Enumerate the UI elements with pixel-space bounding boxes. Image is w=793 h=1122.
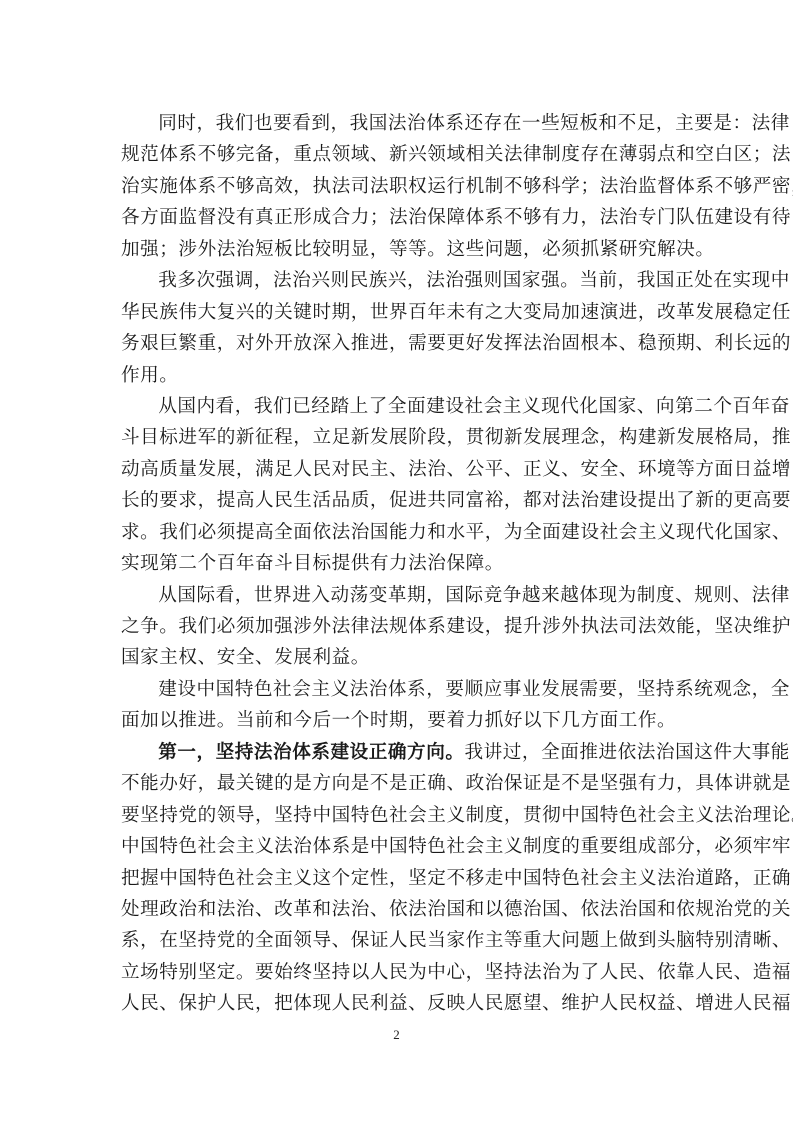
text-line: 立场特别坚定。要始终坚持以人民为中心，坚持法治为了人民、依靠人民、造福 (121, 957, 673, 988)
text-line: 实现第二个百年奋斗目标提供有力法治保障。 (121, 548, 673, 579)
page-number: 2 (0, 1027, 793, 1043)
text-line: 之争。我们必须加强涉外法律法规体系建设，提升涉外执法司法效能，坚决维护 (121, 611, 673, 642)
text-line: 要坚持党的领导，坚持中国特色社会主义制度，贯彻中国特色社会主义法治理论。 (121, 800, 673, 831)
section-heading: 第一，坚持法治体系建设正确方向。 (158, 742, 464, 763)
text-line: 人民、保护人民，把体现人民利益、反映人民愿望、维护人民权益、增进人民福 (121, 988, 673, 1019)
text-line: 求。我们必须提高全面依法治国能力和水平，为全面建设社会主义现代化国家、 (121, 517, 673, 548)
paragraph-overview: 建设中国特色社会主义法治体系，要顺应事业发展需要，坚持系统观念，全 面加以推进。… (121, 674, 673, 737)
text-line: 处理政治和法治、改革和法治、依法治国和以德治国、依法治国和依规治党的关 (121, 894, 673, 925)
text-line: 面加以推进。当前和今后一个时期，要着力抓好以下几方面工作。 (121, 705, 673, 736)
text-line: 系，在坚持党的全面领导、保证人民当家作主等重大问题上做到头脑特别清晰、 (121, 925, 673, 956)
text-line: 中国特色社会主义法治体系是中国特色社会主义制度的重要组成部分，必须牢牢 (121, 831, 673, 862)
text-line: 国家主权、安全、发展利益。 (121, 642, 673, 673)
document-body: 同时，我们也要看到，我国法治体系还存在一些短板和不足，主要是：法律 规范体系不够… (121, 108, 673, 1020)
text-line: 从国际看，世界进入动荡变革期，国际竞争越来越体现为制度、规则、法律 (121, 580, 673, 611)
text-line: 加强；涉外法治短板比较明显，等等。这些问题，必须抓紧研究解决。 (121, 234, 673, 265)
text-line: 斗目标进军的新征程，立足新发展阶段，贯彻新发展理念，构建新发展格局，推 (121, 422, 673, 453)
text-line: 务艰巨繁重，对外开放深入推进，需要更好发挥法治固根本、稳预期、利长远的 (121, 328, 673, 359)
text-line: 从国内看，我们已经踏上了全面建设社会主义现代化国家、向第二个百年奋 (121, 391, 673, 422)
text-line: 治实施体系不够高效，执法司法职权运行机制不够科学；法治监督体系不够严密， (121, 171, 673, 202)
text-line: 华民族伟大复兴的关键时期，世界百年未有之大变局加速演进，改革发展稳定任 (121, 297, 673, 328)
paragraph-first-point: 第一，坚持法治体系建设正确方向。我讲过，全面推进依法治国这件大事能 不能办好，最… (121, 737, 673, 1020)
text-line: 不能办好，最关键的是方向是不是正确、政治保证是不是坚强有力，具体讲就是 (121, 768, 673, 799)
text-line: 动高质量发展，满足人民对民主、法治、公平、正义、安全、环境等方面日益增 (121, 454, 673, 485)
text-line: 规范体系不够完备，重点领域、新兴领域相关法律制度存在薄弱点和空白区；法 (121, 139, 673, 170)
paragraph-shortcomings: 同时，我们也要看到，我国法治体系还存在一些短板和不足，主要是：法律 规范体系不够… (121, 108, 673, 265)
text-line: 第一，坚持法治体系建设正确方向。我讲过，全面推进依法治国这件大事能 (121, 737, 673, 768)
document-page: 同时，我们也要看到，我国法治体系还存在一些短板和不足，主要是：法律 规范体系不够… (0, 0, 793, 1122)
text-line: 建设中国特色社会主义法治体系，要顺应事业发展需要，坚持系统观念，全 (121, 674, 673, 705)
text-line: 把握中国特色社会主义这个定性，坚定不移走中国特色社会主义法治道路，正确 (121, 863, 673, 894)
text-run: 我讲过，全面推进依法治国这件大事能 (465, 742, 790, 763)
paragraph-international: 从国际看，世界进入动荡变革期，国际竞争越来越体现为制度、规则、法律 之争。我们必… (121, 580, 673, 674)
text-line: 各方面监督没有真正形成合力；法治保障体系不够有力，法治专门队伍建设有待 (121, 202, 673, 233)
text-line: 同时，我们也要看到，我国法治体系还存在一些短板和不足，主要是：法律 (121, 108, 673, 139)
text-line: 我多次强调，法治兴则民族兴，法治强则国家强。当前，我国正处在实现中 (121, 265, 673, 296)
paragraph-rule-of-law-importance: 我多次强调，法治兴则民族兴，法治强则国家强。当前，我国正处在实现中 华民族伟大复… (121, 265, 673, 391)
text-line: 作用。 (121, 360, 673, 391)
paragraph-domestic: 从国内看，我们已经踏上了全面建设社会主义现代化国家、向第二个百年奋 斗目标进军的… (121, 391, 673, 580)
text-line: 长的要求，提高人民生活品质，促进共同富裕，都对法治建设提出了新的更高要 (121, 485, 673, 516)
